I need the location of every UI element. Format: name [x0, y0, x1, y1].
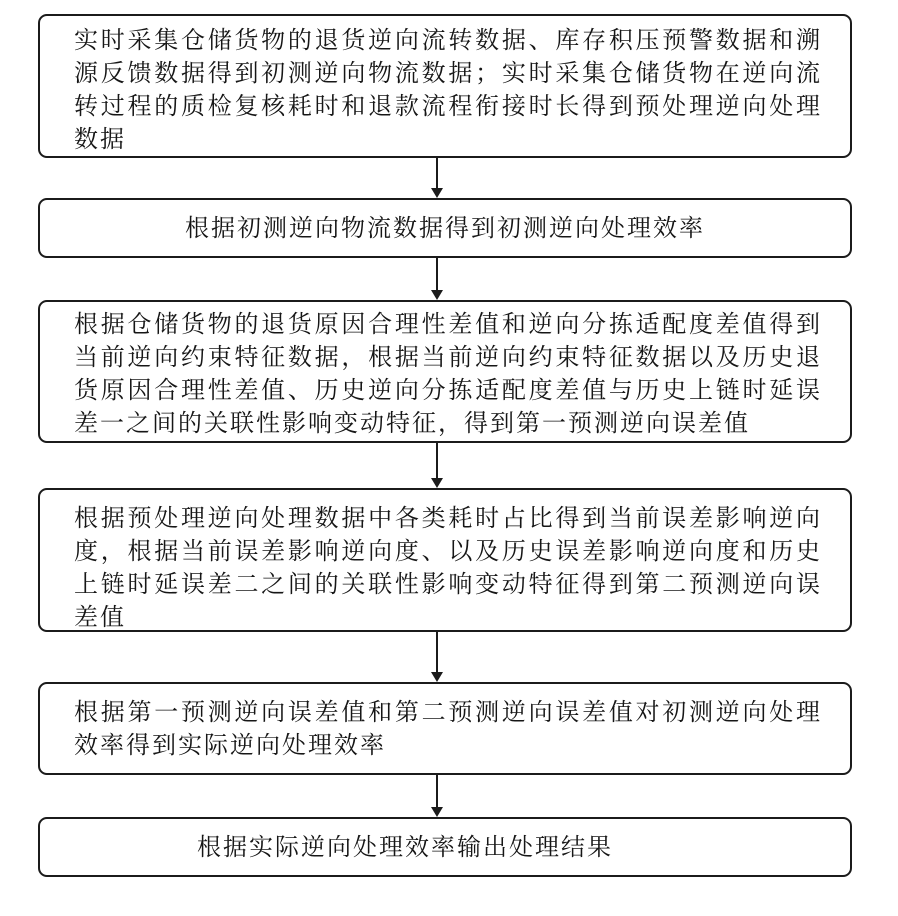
flow-arrow-2-3	[430, 258, 444, 300]
arrow-down-icon	[431, 290, 443, 300]
arrow-shaft	[436, 158, 438, 189]
flow-step-2-text: 根据初测逆向物流数据得到初测逆向处理效率	[185, 212, 705, 245]
flow-arrow-4-5	[430, 632, 444, 682]
arrow-down-icon	[431, 807, 443, 817]
flow-step-6: 根据实际逆向处理效率输出处理结果	[38, 817, 852, 877]
flow-step-1-text: 实时采集仓储货物的退货逆向流转数据、库存积压预警数据和溯源反馈数据得到初测逆向物…	[74, 26, 822, 153]
flow-arrow-3-4	[430, 443, 444, 488]
flow-step-1: 实时采集仓储货物的退货逆向流转数据、库存积压预警数据和溯源反馈数据得到初测逆向物…	[38, 14, 852, 158]
flow-arrow-1-2	[430, 158, 444, 198]
flow-step-5-text: 根据第一预测逆向误差值和第二预测逆向误差值对初测逆向处理效率得到实际逆向处理效率	[74, 698, 822, 759]
flow-step-3-text: 根据仓储货物的退货原因合理性差值和逆向分拣适配度差值得到当前逆向约束特征数据，根…	[74, 310, 822, 437]
flow-step-5: 根据第一预测逆向误差值和第二预测逆向误差值对初测逆向处理效率得到实际逆向处理效率	[38, 682, 852, 775]
flowchart-canvas: 实时采集仓储货物的退货逆向流转数据、库存积压预警数据和溯源反馈数据得到初测逆向物…	[0, 0, 898, 916]
arrow-shaft	[436, 258, 438, 291]
flow-step-6-text: 根据实际逆向处理效率输出处理结果	[197, 831, 613, 864]
flow-step-3: 根据仓储货物的退货原因合理性差值和逆向分拣适配度差值得到当前逆向约束特征数据，根…	[38, 300, 852, 443]
flow-arrow-5-6	[430, 775, 444, 817]
flow-step-2: 根据初测逆向物流数据得到初测逆向处理效率	[38, 198, 852, 258]
arrow-shaft	[436, 775, 438, 808]
arrow-down-icon	[431, 672, 443, 682]
arrow-down-icon	[431, 478, 443, 488]
arrow-down-icon	[431, 188, 443, 198]
arrow-shaft	[436, 443, 438, 479]
flow-step-4: 根据预处理逆向处理数据中各类耗时占比得到当前误差影响逆向度，根据当前误差影响逆向…	[38, 488, 852, 632]
flow-step-4-text: 根据预处理逆向处理数据中各类耗时占比得到当前误差影响逆向度，根据当前误差影响逆向…	[74, 504, 822, 631]
arrow-shaft	[436, 632, 438, 673]
